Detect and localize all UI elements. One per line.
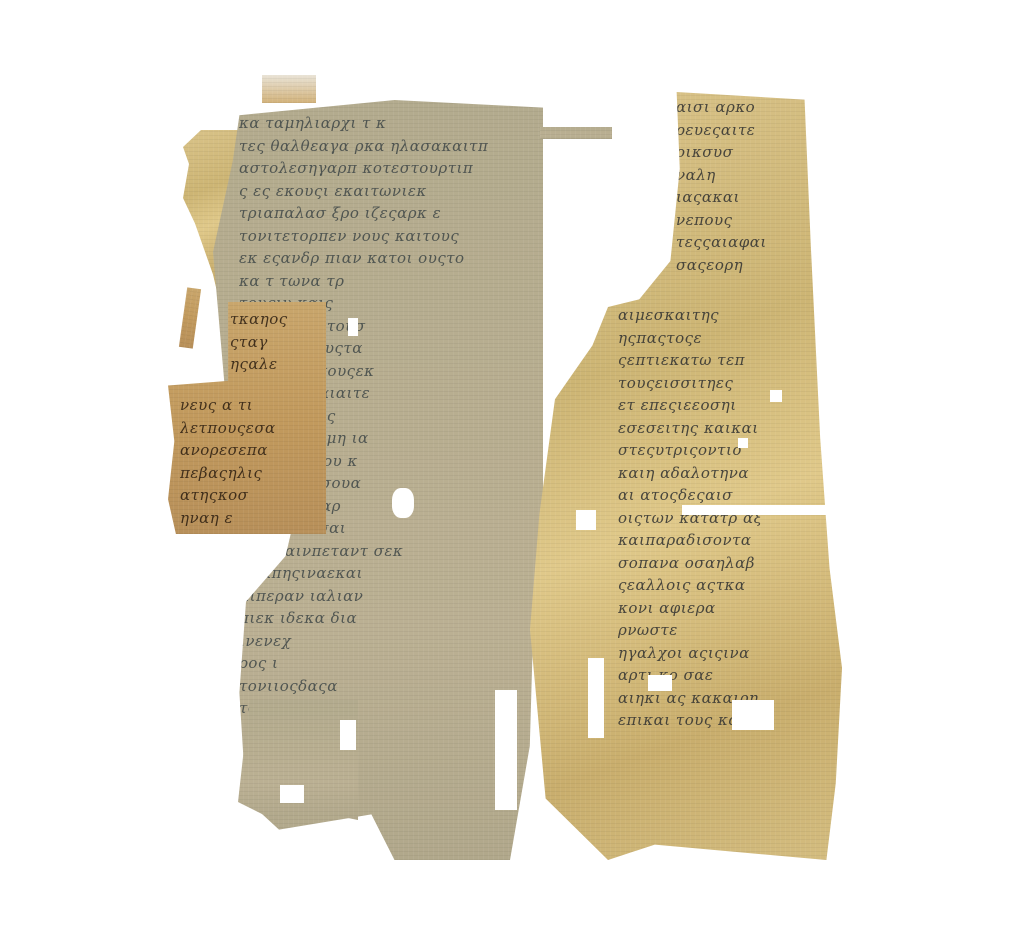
top-scrap <box>262 75 316 103</box>
top-strip <box>540 127 612 139</box>
lacuna <box>495 690 517 810</box>
text-line: ηγαλχοι αςιςινα <box>618 642 842 665</box>
right-column-fragment: αισι αρκο ρευεςαιτε οικσυσ ναλη ιαςακαι … <box>530 92 842 860</box>
text-line: καιη αδαλοτηνα <box>618 462 842 485</box>
text-line: σοπανα οσαηλαβ <box>618 552 842 575</box>
text-line: ανορεσεπα <box>180 439 326 462</box>
text-line: ενθηταινπεταντ σεκ <box>239 540 529 563</box>
lacuna <box>732 700 774 730</box>
text-line: κα ταμηλιαρχι τ κ <box>239 112 529 135</box>
text-line: επικαι τους κατη <box>618 709 842 732</box>
text-line: ινενεχ <box>239 630 529 653</box>
text-line: στεςυτριςοντισ <box>618 439 842 462</box>
text-line: ρος ι <box>239 652 529 675</box>
text-line: κι απηςιναεκαι <box>239 562 529 585</box>
lacuna <box>280 785 304 803</box>
lacuna <box>348 318 358 336</box>
lacuna <box>738 438 748 448</box>
text-line: εκ εςανδρ πιαν κατοι ουςτο <box>239 247 529 270</box>
text-line: ρνωστε <box>618 619 842 642</box>
papyrus-photograph: κα ταμηλιαρχι τ κ τες θαλθεαγα ρκα ηλασα… <box>0 0 1024 929</box>
text-line: αι ατοςδεςαισ <box>618 484 842 507</box>
lacuna <box>392 488 414 518</box>
text-line: εσεσειτης καικαι <box>618 417 842 440</box>
lacuna <box>682 505 832 515</box>
text-line: νευς α τι <box>180 394 326 417</box>
text-line: ς ες εκουςι εκαιτωνιεκ <box>239 180 529 203</box>
text-line: ηναη ε <box>180 507 326 530</box>
text-line: τες θαλθεαγα ρκα ηλασακαιτπ <box>239 135 529 158</box>
lacuna <box>588 658 604 738</box>
text-line: αιμεσκαιτης <box>618 304 842 327</box>
text-line: κα τ τωνα τρ <box>239 270 529 293</box>
text-line: ετ επεςιεεοσηι <box>618 394 842 417</box>
text-line: τριαπαλασ ξρο ιζεςαρκ ε <box>239 202 529 225</box>
text-line: τονιιοςδαςα <box>239 675 529 698</box>
text-line: λετπουςεσα <box>180 417 326 440</box>
text-line: αιπεραν ιαλιαν <box>239 585 529 608</box>
text-line: πεβαςηλις <box>180 462 326 485</box>
loose-strip <box>179 287 201 348</box>
text-line: ατηςκοσ <box>180 484 326 507</box>
text-line: τουςεισσιτηες <box>618 372 842 395</box>
text-line: ςεαλλοις αςτκα <box>618 574 842 597</box>
text-line: τονιτετορπεν νους καιτους <box>239 225 529 248</box>
text-line: ηςπαςτοςε <box>618 327 842 350</box>
text-line: κονι αφιερα <box>618 597 842 620</box>
lacuna <box>340 720 356 750</box>
text-line: αστολεσηγαρπ κοτεστουρτιπ <box>239 157 529 180</box>
lacuna <box>420 870 430 884</box>
lacuna <box>648 675 672 691</box>
lacuna <box>770 390 782 402</box>
text-line: ςεπτιεκατω τεπ <box>618 349 842 372</box>
text-line: καιπαραδισοντα <box>618 529 842 552</box>
lacuna <box>576 510 596 530</box>
text-line: πιεκ ιδεκα δια <box>239 607 529 630</box>
